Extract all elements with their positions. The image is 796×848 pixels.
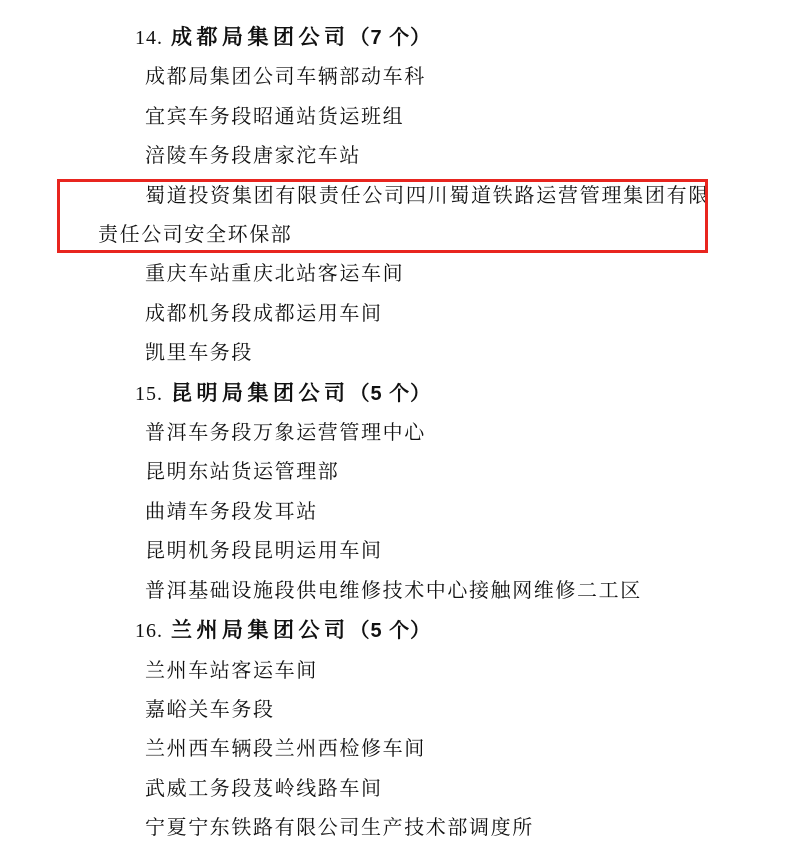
list-item: 凯里车务段 [98,334,710,373]
list-item: 重庆车站重庆北站客运车间 [98,255,710,294]
document-page: 14.成都局集团公司（7 个）成都局集团公司车辆部动车科宜宾车务段昭通站货运班组… [0,0,796,848]
section-header: 14.成都局集团公司（7 个） [98,18,710,58]
list-item: 武威工务段芨岭线路车间 [98,770,710,809]
highlighted-item: 蜀道投资集团有限责任公司四川蜀道铁路运营管理集团有限责任公司安全环保部 [98,177,710,256]
section-name: 兰州局集团公司 [171,619,350,642]
section-header: 15.昆明局集团公司（5 个） [98,374,710,414]
section-number: 14. [135,27,163,49]
list-item: 兰州车站客运车间 [98,652,710,691]
section-count: （7 个） [350,27,432,49]
list-item: 成都局集团公司车辆部动车科 [98,58,710,97]
list-item: 普洱基础设施段供电维修技术中心接触网维修二工区 [98,572,710,611]
list-item: 曲靖车务段发耳站 [98,493,710,532]
section-name: 昆明局集团公司 [171,382,350,405]
list-item: 成都机务段成都运用车间 [98,295,710,334]
section-header: 16.兰州局集团公司（5 个） [98,611,710,651]
list-item: 兰州西车辆段兰州西检修车间 [98,730,710,769]
list-item: 普洱车务段万象运营管理中心 [98,414,710,453]
list-item: 宜宾车务段昭通站货运班组 [98,98,710,137]
section-number: 15. [135,383,163,405]
document-body: 14.成都局集团公司（7 个）成都局集团公司车辆部动车科宜宾车务段昭通站货运班组… [98,18,710,848]
section-count: （5 个） [350,383,432,405]
list-item: 昆明东站货运管理部 [98,453,710,492]
list-item: 宁夏宁东铁路有限公司生产技术部调度所 [98,809,710,848]
list-item: 昆明机务段昆明运用车间 [98,532,710,571]
section-count: （5 个） [350,620,432,642]
list-item: 嘉峪关车务段 [98,691,710,730]
list-item: 涪陵车务段唐家沱车站 [98,137,710,176]
section-number: 16. [135,620,163,642]
list-item: 蜀道投资集团有限责任公司四川蜀道铁路运营管理集团有限责任公司安全环保部 [98,177,710,256]
section-name: 成都局集团公司 [171,26,350,49]
